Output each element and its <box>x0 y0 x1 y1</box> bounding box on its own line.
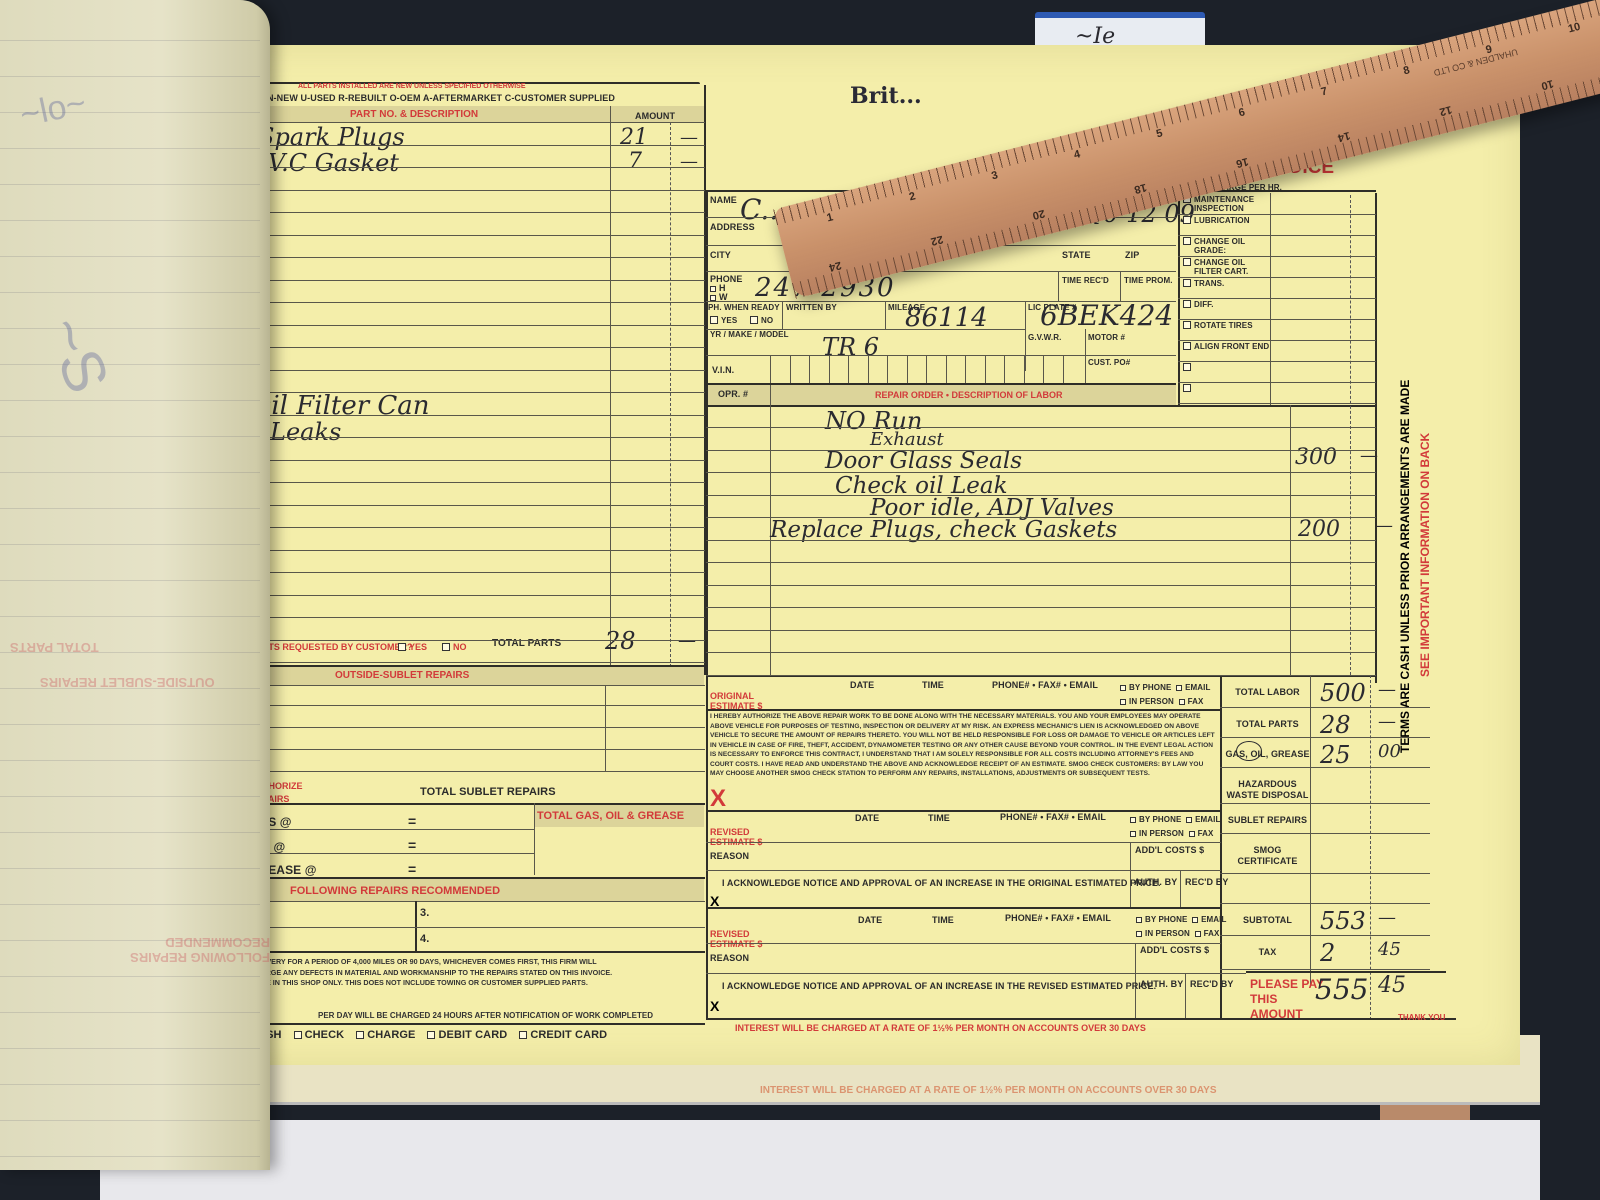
totals-label: GAS, OIL, GREASE <box>1225 749 1310 760</box>
labor-line: Exhaust <box>870 429 944 450</box>
fax-checkbox[interactable]: FAX <box>1179 697 1204 706</box>
turned-back-page: ~lo~ ~S TOTAL PARTS OUTSIDE-SUBLET REPAI… <box>0 0 270 1170</box>
grease-equals: = <box>408 861 416 877</box>
shop-name: Brit... <box>850 83 922 109</box>
checkbox-icon[interactable] <box>1183 300 1191 308</box>
payment-methods: CASHCHECKCHARGEDEBIT CARDCREDIT CARD <box>250 1029 607 1041</box>
original-estimate-label: ORIGINAL ESTIMATE $ <box>710 691 770 711</box>
totals-cents: — <box>1378 679 1396 700</box>
labor-checklist-item[interactable] <box>1183 363 1271 371</box>
warranty-text: DELIVERY FOR A PERIOD OF 4,000 MILES OR … <box>250 957 705 989</box>
form-rule <box>706 427 1376 428</box>
form-rule <box>230 190 705 191</box>
totals-cents: — <box>1378 907 1396 928</box>
revised-estimate-label: REVISED ESTIMATE $ <box>710 827 770 847</box>
form-rule <box>1004 355 1005 383</box>
oil-equals: = <box>408 837 416 853</box>
ph-ready-no[interactable]: NO <box>750 316 773 325</box>
thank-you: THANK YOU <box>1398 1013 1445 1022</box>
ph-when-ready-label: PH. WHEN READY <box>708 303 780 312</box>
reason-label-2: REASON <box>710 953 749 963</box>
recd-by-label-2: REC'D BY <box>1190 979 1233 989</box>
parts-requested-label: PARTS REQUESTED BY CUSTOMER? <box>250 642 413 652</box>
form-rule <box>1220 935 1430 936</box>
form-rule <box>230 527 705 528</box>
total-parts-value: 28 <box>605 627 636 655</box>
part-item-amount: 21 <box>620 125 648 150</box>
form-rule <box>230 437 705 438</box>
labor-amount: 200 <box>1298 517 1340 542</box>
recd-by-label: REC'D BY <box>1185 877 1228 887</box>
form-rule <box>706 562 1376 563</box>
form-rule <box>230 392 705 393</box>
checkbox-icon[interactable] <box>1183 279 1191 287</box>
checkbox-icon[interactable] <box>1183 321 1191 329</box>
phone-label: PHONE H W <box>710 275 743 302</box>
totals-label: TOTAL LABOR <box>1225 687 1310 698</box>
zip-label: ZIP <box>1125 250 1139 260</box>
form-rule <box>770 355 771 383</box>
form-rule <box>1220 833 1430 834</box>
signature-line-revised-2[interactable]: X <box>710 998 719 1014</box>
addl-costs-label: ADD'L COSTS $ <box>1135 845 1204 855</box>
form-rule <box>1178 382 1376 383</box>
repair-order-header: REPAIR ORDER • DESCRIPTION OF LABOR <box>875 390 1063 400</box>
ghost-text: OUTSIDE-SUBLET REPAIRS <box>40 675 215 690</box>
ack-original-text: I ACKNOWLEDGE NOTICE AND APPROVAL OF AN … <box>722 878 1161 888</box>
payment-method-check[interactable]: CHECK <box>294 1029 345 1041</box>
form-rule <box>1043 355 1044 383</box>
ruler-number: 10 <box>1567 21 1582 36</box>
labor-line: Door Glass Seals <box>825 448 1022 474</box>
form-rule <box>829 355 830 383</box>
please-pay-cents: 45 <box>1378 973 1406 998</box>
form-rule <box>1220 969 1430 970</box>
checkbox-icon[interactable] <box>1183 237 1191 245</box>
labor-checklist-item[interactable]: LUBRICATION <box>1183 216 1271 225</box>
labor-checklist-item[interactable]: ALIGN FRONT END <box>1183 342 1271 351</box>
form-rule <box>985 355 986 383</box>
labor-checklist-item[interactable]: DIFF. <box>1183 300 1271 309</box>
written-by-label: WRITTEN BY <box>786 303 837 312</box>
col-part-description: PART NO. & DESCRIPTION <box>350 109 478 120</box>
form-rule <box>706 630 1376 631</box>
totals-label: TOTAL PARTS <box>1225 719 1310 730</box>
form-rule <box>1220 903 1430 904</box>
paper-stack-bottom <box>100 1120 1540 1200</box>
labor-checklist-item[interactable] <box>1183 384 1271 392</box>
form-rule <box>1178 403 1376 404</box>
total-parts-cents: — <box>678 630 696 651</box>
form-rule <box>230 325 705 326</box>
payment-method-debit-card[interactable]: DEBIT CARD <box>427 1029 507 1041</box>
form-rule <box>230 640 705 641</box>
form-rule <box>230 572 705 573</box>
estimate-contact-method: BY PHONE EMAIL IN PERSON FAX <box>1120 681 1211 709</box>
parts-requested-yes[interactable]: YES <box>398 642 427 652</box>
see-back-text: SEE IMPORTANT INFORMATION ON BACK <box>1418 433 1432 677</box>
form-rule <box>1024 355 1025 383</box>
reason-label: REASON <box>710 851 749 861</box>
terms-text: TERMS ARE CASH UNLESS PRIOR ARRANGEMENTS… <box>1398 380 1412 753</box>
form-rule <box>848 355 849 383</box>
part-item-description: V.C Gasket <box>268 149 399 177</box>
labor-checklist-item[interactable]: CHANGE OIL GRADE: <box>1183 237 1271 255</box>
col-amount: AMOUNT <box>635 111 675 121</box>
form-rule <box>706 607 1376 608</box>
form-rule <box>868 355 869 383</box>
recommended-item-4: 4. <box>420 933 429 945</box>
totals-label: HAZARDOUS WASTE DISPOSAL <box>1225 779 1310 801</box>
totals-value: 25 <box>1320 741 1351 769</box>
revised-date-label: DATE <box>855 813 879 823</box>
authorization-text: I HEREBY AUTHORIZE THE ABOVE REPAIR WORK… <box>710 712 1218 779</box>
ruler-number: 6 <box>1237 106 1246 119</box>
checkbox-icon[interactable] <box>1183 258 1191 266</box>
form-rule <box>230 505 705 506</box>
form-rule <box>1220 873 1430 874</box>
form-rule <box>1178 277 1376 278</box>
ruler-number: 3 <box>990 169 999 182</box>
form-rule <box>790 355 791 383</box>
ghost-text: TOTAL PARTS <box>10 640 99 655</box>
ruler-number: 5 <box>1155 127 1164 140</box>
recommended-item-3: 3. <box>420 907 429 919</box>
revised-time-label: TIME <box>928 813 950 823</box>
checkbox-icon[interactable] <box>1183 342 1191 350</box>
totals-label: SUBTOTAL <box>1225 915 1310 926</box>
address-label: ADDRESS <box>710 222 755 232</box>
form-rule <box>907 355 908 383</box>
revised2-time-label: TIME <box>932 915 954 925</box>
storage-fee-text: PER DAY WILL BE CHARGED 24 HOURS AFTER N… <box>318 1011 653 1022</box>
by-phone-checkbox[interactable]: BY PHONE <box>1120 683 1171 692</box>
ack-revised-text: I ACKNOWLEDGE NOTICE AND APPROVAL OF AN … <box>722 981 1156 991</box>
gas-equals: = <box>408 813 416 829</box>
form-rule <box>706 517 1376 518</box>
checkbox-icon[interactable] <box>1183 363 1191 371</box>
please-pay-value: 555 <box>1315 973 1368 1006</box>
checkbox-icon[interactable] <box>1183 216 1191 224</box>
revised2-contact-label: PHONE# • FAX# • EMAIL <box>1005 913 1111 923</box>
totals-cents: — <box>1378 711 1396 732</box>
auth-by-label: AUTH. BY <box>1134 877 1177 887</box>
part-item-cents: — <box>680 151 698 172</box>
form-rule <box>230 212 705 213</box>
form-rule <box>706 675 1376 676</box>
sublet-header: OUTSIDE-SUBLET REPAIRS <box>335 670 469 681</box>
parts-requested-no[interactable]: NO <box>442 642 467 652</box>
form-rule <box>230 662 705 663</box>
lic-plate-value: 6BEK424 <box>1040 299 1173 332</box>
parts-notice: ALL PARTS INSTALLED ARE NEW UNLESS SPECI… <box>298 83 526 90</box>
revised-contact-method: BY PHONE EMAIL IN PERSON FAX <box>1130 813 1221 841</box>
labor-checklist-item[interactable]: MAINTENANCE INSPECTION <box>1183 195 1271 213</box>
part-item-amount: 7 <box>628 149 642 174</box>
ghost-text: FOLLOWING REPAIRS RECOMMENDED <box>40 935 270 965</box>
totals-value: 553 <box>1320 907 1366 935</box>
parts-note: Oil Filter Can <box>250 391 430 421</box>
form-rule <box>230 145 705 146</box>
name-label: NAME <box>710 195 737 205</box>
form-rule <box>706 585 1376 586</box>
yr-make-model-label: YR / MAKE / MODEL <box>710 330 789 339</box>
parts-note: Leaks <box>270 418 341 446</box>
state-label: STATE <box>1062 250 1091 260</box>
underlying-interest-text: INTEREST WILL BE CHARGED AT A RATE OF 1½… <box>760 1085 1217 1096</box>
form-rule <box>706 472 1376 473</box>
form-rule <box>230 482 705 483</box>
form-rule <box>887 355 888 383</box>
form-rule <box>230 302 705 303</box>
totals-label: TAX <box>1225 947 1310 958</box>
time-recd-label: TIME REC'D <box>1062 276 1109 285</box>
city-label: CITY <box>710 250 731 260</box>
pencil-impression: ~lo~ <box>17 84 90 136</box>
code-legend: CODE = N-NEW U-USED R-REBUILT O-OEM A-AF… <box>230 93 615 103</box>
form-rule <box>1220 767 1430 768</box>
total-gas-oil-grease-label: TOTAL GAS, OIL & GREASE <box>537 810 684 822</box>
ph-ready-yes[interactable]: YES <box>710 316 737 325</box>
interest-notice: INTEREST WILL BE CHARGED AT A RATE OF 1½… <box>735 1023 1146 1033</box>
totals-label: SUBLET REPAIRS <box>1225 815 1310 826</box>
form-rule <box>230 122 705 123</box>
form-rule <box>706 540 1376 541</box>
form-rule <box>1178 235 1376 236</box>
form-rule <box>706 495 1376 496</box>
payment-method-charge[interactable]: CHARGE <box>356 1029 415 1041</box>
labor-checklist-item[interactable]: CHANGE OIL FILTER CART. <box>1183 258 1271 276</box>
form-rule <box>1178 340 1376 341</box>
labor-amount-cents: — <box>1375 515 1393 536</box>
motor-label: MOTOR # <box>1088 333 1125 342</box>
auth-by-label-2: AUTH. BY <box>1140 979 1183 989</box>
form-rule <box>965 355 966 383</box>
totals-cents: 45 <box>1378 939 1401 960</box>
ruler-number: 1 <box>826 211 835 224</box>
form-rule <box>1178 256 1376 257</box>
total-sublet-label: TOTAL SUBLET REPAIRS <box>420 786 556 798</box>
form-rule <box>1178 319 1376 320</box>
totals-value: 28 <box>1320 711 1351 739</box>
form-rule <box>1063 355 1064 383</box>
form-rule <box>230 347 705 348</box>
totals-label: SMOG CERTIFICATE <box>1225 845 1310 867</box>
form-rule <box>230 257 705 258</box>
revised-estimate-label-2: REVISED ESTIMATE $ <box>710 929 770 949</box>
payment-method-credit-card[interactable]: CREDIT CARD <box>519 1029 607 1041</box>
totals-value: 500 <box>1320 679 1366 707</box>
ruler-number: 2 <box>908 190 917 203</box>
addl-costs-label-2: ADD'L COSTS $ <box>1140 945 1209 955</box>
estimate-contact-label: PHONE# • FAX# • EMAIL <box>992 680 1098 690</box>
totals-cents: 00 <box>1378 741 1401 762</box>
form-rule <box>1220 707 1430 708</box>
recommended-header: FOLLOWING REPAIRS RECOMMENDED <box>290 885 500 897</box>
ruler-number: 4 <box>1073 148 1082 161</box>
revised-contact-label: PHONE# • FAX# • EMAIL <box>1000 812 1106 822</box>
form-rule <box>230 235 705 236</box>
form-rule <box>706 450 1376 451</box>
form-rule <box>230 167 705 168</box>
ruler-number: 8 <box>1402 64 1411 77</box>
form-rule <box>1178 298 1376 299</box>
form-rule <box>1220 737 1430 738</box>
form-rule <box>809 355 810 383</box>
form-rule <box>1220 803 1430 804</box>
opr-label: OPR. # <box>718 389 748 399</box>
form-rule <box>1178 214 1376 215</box>
estimate-time-label: TIME <box>922 680 944 690</box>
in-person-checkbox[interactable]: IN PERSON <box>1120 697 1174 706</box>
form-rule <box>706 652 1376 653</box>
yr-make-model-value: TR 6 <box>822 333 879 361</box>
revised2-date-label: DATE <box>858 915 882 925</box>
vin-label: V.I.N. <box>712 365 734 375</box>
email-checkbox[interactable]: EMAIL <box>1176 683 1210 692</box>
form-rule <box>230 415 705 416</box>
form-rule <box>926 355 927 383</box>
form-rule <box>230 460 705 461</box>
form-rule <box>946 355 947 383</box>
gvwr-label: G.V.W.R. <box>1028 333 1061 342</box>
pencil-impression: ~S <box>32 307 123 401</box>
time-prom-label: TIME PROM. <box>1124 276 1173 285</box>
form-rule <box>230 617 705 618</box>
estimate-date-label: DATE <box>850 680 874 690</box>
revised2-contact-method: BY PHONE EMAIL IN PERSON FAX <box>1136 913 1227 941</box>
signature-line-original[interactable]: X <box>710 785 726 813</box>
part-item-description: Spark Plugs <box>258 123 405 151</box>
totals-value: 2 <box>1320 939 1335 967</box>
labor-checklist-item[interactable]: ROTATE TIRES <box>1183 321 1271 330</box>
form-rule <box>230 550 705 551</box>
form-rule <box>230 595 705 596</box>
checkbox-icon[interactable] <box>1183 384 1191 392</box>
form-rule <box>230 280 705 281</box>
form-rule <box>1178 361 1376 362</box>
cust-po-label: CUST. PO# <box>1088 358 1130 367</box>
form-rule <box>230 370 705 371</box>
labor-checklist-item[interactable]: TRANS. <box>1183 279 1271 288</box>
ruler-number: 7 <box>1320 85 1329 98</box>
